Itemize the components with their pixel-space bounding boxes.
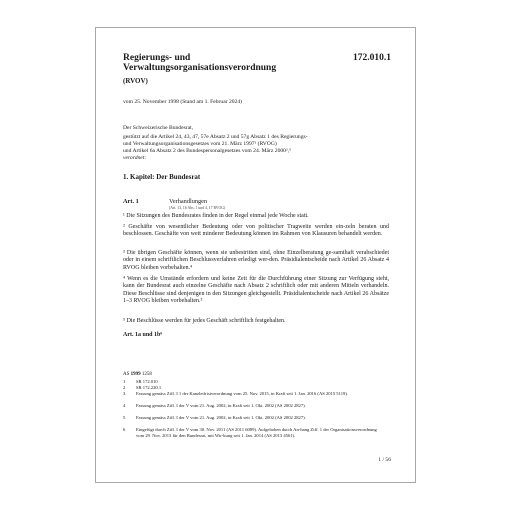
article-reference: (Art. 13, 16 Abs. 1 und 4, 17 RVOG) bbox=[169, 206, 225, 210]
preamble-line: gestützt auf die Artikel 24, 43, 47, 57e… bbox=[123, 134, 308, 141]
document-page: 172.010.1 Regierungs- und Verwaltungsorg… bbox=[95, 27, 416, 483]
document-title: Regierungs- und Verwaltungsorganisations… bbox=[123, 53, 276, 73]
footnote-number: 2 bbox=[123, 385, 125, 391]
document-date: vom 25. November 1998 (Stand am 1. Febru… bbox=[123, 99, 242, 105]
article-paragraph: ¹ Die Sitzungen des Bundesrates finden i… bbox=[123, 213, 389, 220]
as-page: 1258 bbox=[141, 372, 152, 377]
as-year: 1999 bbox=[131, 372, 141, 377]
footnote-number: 3 bbox=[123, 391, 125, 397]
footnote-text: Eingefügt durch Ziff. I der V vom 30. No… bbox=[136, 427, 386, 438]
page-number: 1 / 56 bbox=[378, 457, 391, 463]
footnote-number: 4 bbox=[123, 403, 125, 409]
article-paragraph: ⁴ Wenn es die Umstände erfordern und kei… bbox=[123, 276, 389, 305]
article-2-label: Art. 1a und 1b⁶ bbox=[123, 332, 162, 338]
article-title: Verhandlungen bbox=[169, 198, 207, 205]
footnote-text: Fassung gemäss Ziff. I der V vom 21. Aug… bbox=[136, 403, 386, 409]
title-line-1: Regierungs- und bbox=[123, 53, 276, 63]
preamble-line: Der Schweizerische Bundesrat, bbox=[123, 125, 308, 132]
footnote-text: Fassung gemäss Ziff. I 1 der Kanzleifris… bbox=[136, 391, 386, 397]
abbreviation: (RVOV) bbox=[123, 77, 148, 85]
article-paragraph: ² Geschäfte von wesentlicher Bedeutung o… bbox=[123, 224, 389, 239]
footnote-number: 5 bbox=[123, 415, 125, 421]
footnote-number: 6 bbox=[123, 427, 125, 433]
as-reference: AS 1999 1258 bbox=[123, 372, 152, 377]
chapter-heading: 1. Kapitel: Der Bundesrat bbox=[123, 173, 200, 181]
preamble-line: und Verwaltungsorganisationsgesetzes vom… bbox=[123, 141, 308, 148]
preamble-line: und Artikel 6a Absatz 2 des Bundesperson… bbox=[123, 148, 308, 155]
preamble: Der Schweizerische Bundesrat, gestützt a… bbox=[123, 125, 308, 162]
as-prefix: AS bbox=[123, 372, 131, 377]
article-paragraph: ³ Die übrigen Geschäfte können, wenn sie… bbox=[123, 250, 389, 272]
article-label: Art. 1 bbox=[123, 198, 139, 205]
preamble-verordnet: verordnet: bbox=[123, 155, 308, 162]
title-line-2: Verwaltungsorganisationsverordnung bbox=[123, 63, 276, 73]
article-paragraph: ⁵ Die Beschlüsse werden für jedes Geschä… bbox=[123, 318, 389, 325]
footnote-number: 1 bbox=[123, 379, 125, 385]
footnote-text: SR 172.010 bbox=[136, 379, 386, 385]
sr-number: 172.010.1 bbox=[353, 53, 391, 63]
footnote-text: Fassung gemäss Ziff. I der V vom 21. Aug… bbox=[136, 415, 386, 421]
footnote-text: SR 172.220.1 bbox=[136, 385, 386, 391]
